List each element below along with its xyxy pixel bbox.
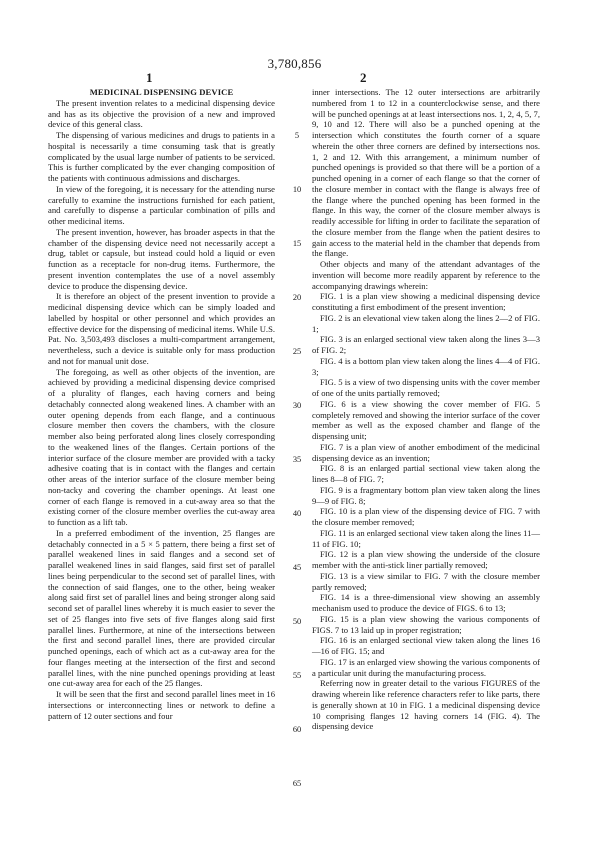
patent-number: 3,780,856 xyxy=(0,56,589,72)
figure-description: FIG. 5 is a view of two dispensing units… xyxy=(312,377,540,399)
paragraph: Referring now in greater detail to the v… xyxy=(312,678,540,732)
figure-description: FIG. 4 is a bottom plan view taken along… xyxy=(312,356,540,378)
figure-description: FIG. 15 is a plan view showing the vario… xyxy=(312,614,540,636)
paragraph: It is therefore an object of the present… xyxy=(48,291,275,366)
paragraph: In a preferred embodiment of the inventi… xyxy=(48,528,275,689)
figure-description: FIG. 12 is a plan view showing the under… xyxy=(312,549,540,571)
line-number: 5 xyxy=(287,131,307,140)
line-number: 45 xyxy=(287,563,307,572)
paragraph: The present invention relates to a medic… xyxy=(48,98,275,130)
line-number: 15 xyxy=(287,239,307,248)
figure-description: FIG. 17 is an enlarged view showing the … xyxy=(312,657,540,679)
line-number: 65 xyxy=(287,779,307,788)
figure-description: FIG. 6 is a view showing the cover membe… xyxy=(312,399,540,442)
line-number: 25 xyxy=(287,347,307,356)
line-number: 20 xyxy=(287,293,307,302)
paragraph: It will be seen that the first and secon… xyxy=(48,689,275,721)
figure-description: FIG. 2 is an elevational view taken alon… xyxy=(312,313,540,335)
figure-description: FIG. 1 is a plan view showing a medicina… xyxy=(312,291,540,313)
left-column: MEDICINAL DISPENSING DEVICE The present … xyxy=(48,87,275,721)
figure-description: FIG. 16 is an enlarged sectional view ta… xyxy=(312,635,540,657)
figure-description: FIG. 3 is an enlarged sectional view tak… xyxy=(312,334,540,356)
right-column: inner intersections. The 12 outer inters… xyxy=(312,87,540,732)
figure-description: FIG. 13 is a view similar to FIG. 7 with… xyxy=(312,571,540,593)
document-title: MEDICINAL DISPENSING DEVICE xyxy=(48,87,275,98)
figure-description: FIG. 10 is a plan view of the dispensing… xyxy=(312,506,540,528)
paragraph: The dispensing of various medicines and … xyxy=(48,130,275,184)
column-number-1: 1 xyxy=(146,70,153,86)
line-number: 40 xyxy=(287,509,307,518)
figure-description: FIG. 9 is a fragmentary bottom plan view… xyxy=(312,485,540,507)
paragraph: inner intersections. The 12 outer inters… xyxy=(312,87,540,259)
paragraph: The foregoing, as well as other objects … xyxy=(48,367,275,528)
line-number: 60 xyxy=(287,725,307,734)
line-number: 55 xyxy=(287,671,307,680)
paragraph: In view of the foregoing, it is necessar… xyxy=(48,184,275,227)
figure-description: FIG. 7 is a plan view of another embodim… xyxy=(312,442,540,464)
paragraph: Other objects and many of the attendant … xyxy=(312,259,540,291)
line-number: 30 xyxy=(287,401,307,410)
line-number: 10 xyxy=(287,185,307,194)
line-number: 35 xyxy=(287,455,307,464)
line-number: 50 xyxy=(287,617,307,626)
column-number-2: 2 xyxy=(360,70,367,86)
figure-description: FIG. 8 is an enlarged partial sectional … xyxy=(312,463,540,485)
figure-description: FIG. 11 is an enlarged sectional view ta… xyxy=(312,528,540,550)
figure-description: FIG. 14 is a three-dimensional view show… xyxy=(312,592,540,614)
paragraph: The present invention, however, has broa… xyxy=(48,227,275,292)
